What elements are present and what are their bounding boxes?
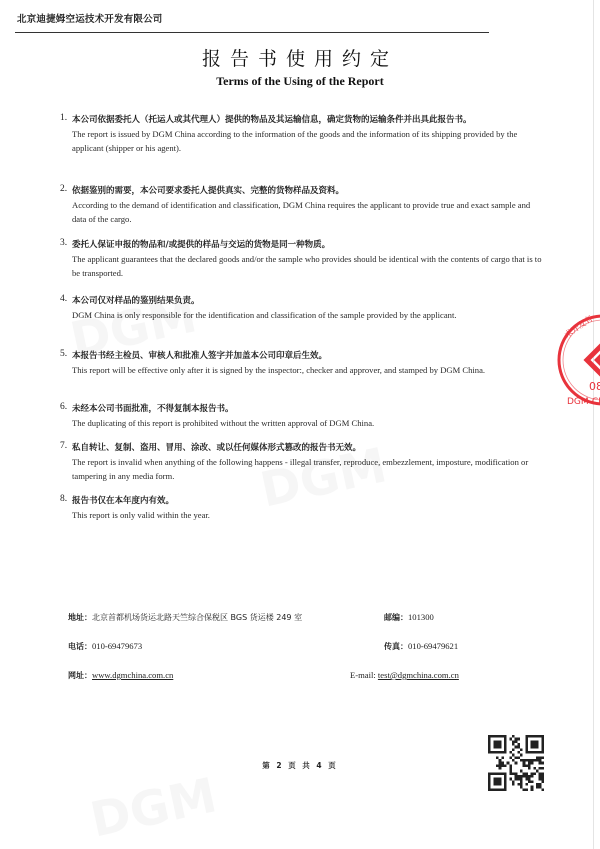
term-chinese: 委托人保证申报的物品和/或提供的样品与交运的货物是同一种物质。 (72, 238, 330, 250)
term-english: The applicant guarantees that the declar… (72, 253, 542, 280)
term-number: 8. (60, 494, 67, 504)
term-number: 3. (60, 238, 67, 248)
term-number: 1. (60, 113, 67, 123)
term-chinese: 本公司仅对样品的鉴别结果负责。 (72, 294, 200, 306)
term-chinese: 报告书仅在本年度内有效。 (72, 494, 174, 506)
page-edge (593, 0, 594, 849)
address-value: 北京首都机场货运北路天竺综合保税区 BGS 货运楼 249 室 (92, 613, 302, 622)
svg-text:DGM-CH: DGM-CH (567, 397, 600, 407)
phone-value: 010-69479673 (92, 641, 142, 651)
qr-code-icon (488, 735, 544, 791)
fax: 传真：010-69479621 (384, 634, 458, 653)
term-chinese: 未经本公司书面批准，不得复制本报告书。 (72, 402, 234, 414)
postcode: 邮编：101300 (384, 605, 434, 624)
website: 网址：www.dgmchina.com.cn (68, 663, 173, 682)
postcode-label: 邮编： (384, 613, 408, 622)
header-divider (15, 32, 489, 33)
term-chinese: 依据鉴别的需要，本公司要求委托人提供真实、完整的货物样品及资料。 (72, 184, 344, 196)
term-english: DGM China is only responsible for the id… (72, 309, 542, 323)
term-number: 6. (60, 402, 67, 412)
address: 地址：北京首都机场货运北路天竺综合保税区 BGS 货运楼 249 室 (68, 605, 302, 624)
website-label: 网址： (68, 671, 92, 680)
fax-value: 010-69479621 (408, 641, 458, 651)
phone-label: 电话： (68, 642, 92, 651)
term-number: 2. (60, 184, 67, 194)
company-seal: 术开发有 08 DGM-CH (553, 310, 600, 410)
term-english: This report will be effective only after… (72, 364, 542, 378)
website-link[interactable]: www.dgmchina.com.cn (92, 670, 173, 680)
company-header: 北京迪捷姆空运技术开发有限公司 (17, 11, 163, 25)
email-link[interactable]: test@dgmchina.com.cn (378, 670, 459, 680)
title-chinese: 报告书使用约定 (0, 44, 600, 71)
term-chinese: 私自转让、复制、盗用、冒用、涂改、或以任何媒体形式篡改的报告书无效。 (72, 441, 361, 453)
term-chinese: 本报告书经主检员、审核人和批准人签字并加盖本公司印章后生效。 (72, 349, 327, 361)
term-english: The report is invalid when anything of t… (72, 456, 542, 483)
title-english: Terms of the Using of the Report (0, 74, 600, 89)
watermark: DGM (86, 767, 222, 848)
svg-text:08: 08 (589, 380, 600, 393)
term-english: This report is only valid within the yea… (72, 509, 542, 523)
address-label: 地址： (68, 613, 92, 622)
term-english: The report is issued by DGM China accord… (72, 128, 542, 155)
term-number: 7. (60, 441, 67, 451)
fax-label: 传真： (384, 642, 408, 651)
term-number: 4. (60, 294, 67, 304)
email-label: E-mail: (350, 670, 378, 680)
term-chinese: 本公司依据委托人（托运人或其代理人）提供的物品及其运输信息，确定货物的运输条件并… (72, 113, 472, 125)
term-english: The duplicating of this report is prohib… (72, 417, 542, 431)
seal-icon: 术开发有 08 DGM-CH (553, 310, 600, 410)
email: E-mail: test@dgmchina.com.cn (350, 663, 459, 682)
term-english: According to the demand of identificatio… (72, 199, 542, 226)
term-number: 5. (60, 349, 67, 359)
svg-text:术开发有: 术开发有 (562, 313, 594, 340)
postcode-value: 101300 (408, 612, 434, 622)
phone: 电话：010-69479673 (68, 634, 142, 653)
